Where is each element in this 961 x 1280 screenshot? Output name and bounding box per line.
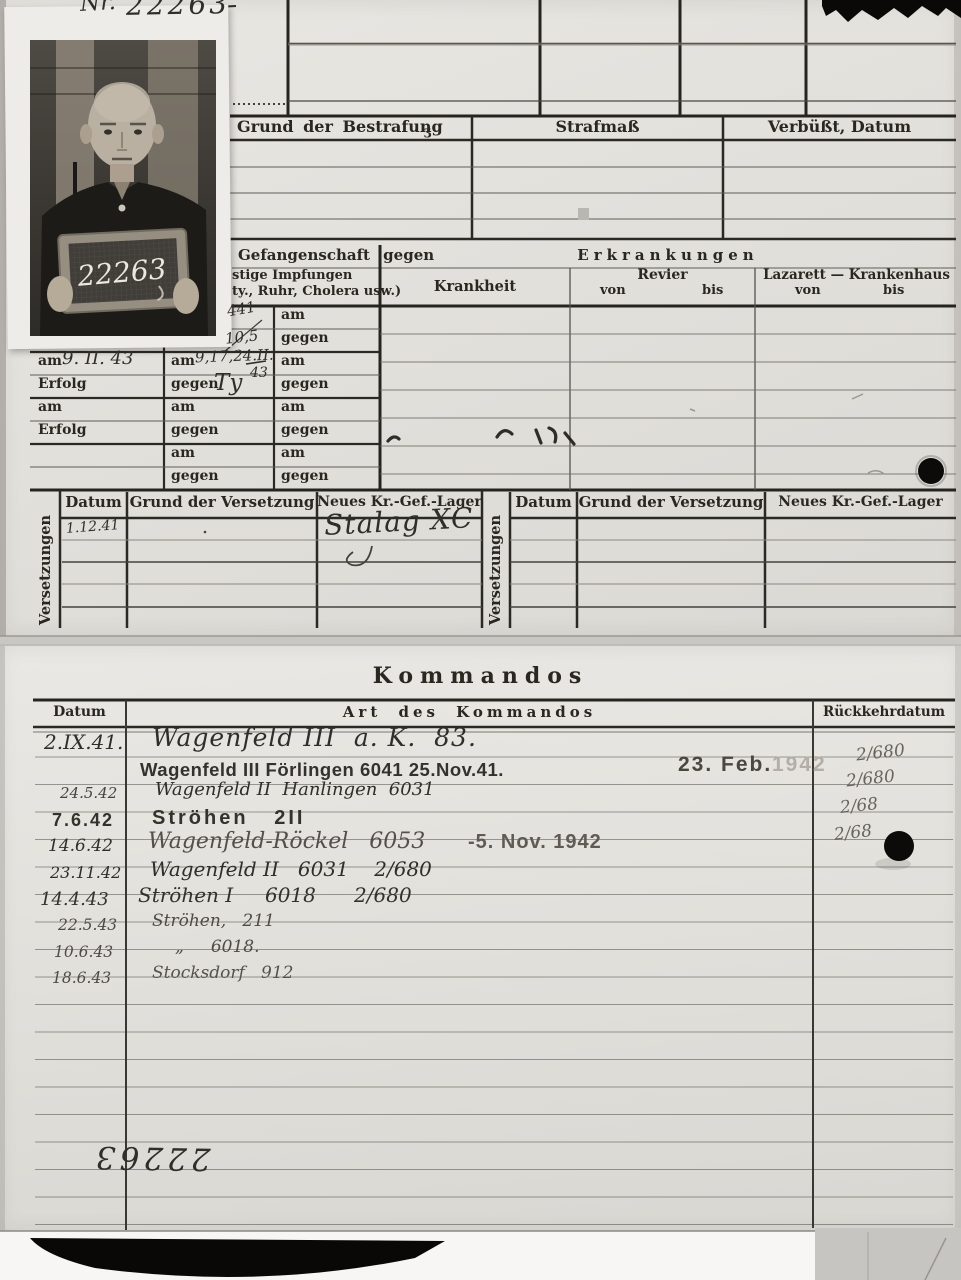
- kommando-date: 18.6.43: [52, 970, 111, 987]
- kommando-entry-stamped: Ströhen 2II: [152, 807, 305, 829]
- transfers-reason-header: Grund der Versetzung: [577, 494, 765, 511]
- kommando-entry-stamped: Wagenfeld III Förlingen 6041 25.Nov.41.: [140, 760, 504, 781]
- kommandos-art-header: Art des Kommandos: [126, 704, 813, 721]
- lazarett-von: von: [795, 284, 821, 299]
- return-date-stamp: -5. Nov. 1942: [468, 831, 602, 853]
- krankheit-header: Krankheit: [382, 279, 568, 295]
- kommando-entry: „ 6018.: [175, 938, 260, 957]
- gegen-label: gegen: [281, 423, 329, 439]
- hand: [47, 276, 73, 312]
- am-label: am: [171, 354, 195, 370]
- kommando-return: 2/68: [839, 795, 879, 818]
- revier-header: Revier: [572, 268, 753, 284]
- footnote-mark: ʒ: [424, 125, 431, 138]
- kommandos-title: Kommandos: [0, 664, 961, 689]
- slate: 22263: [58, 229, 190, 314]
- kommando-entry: Wagenfeld III a. K. 83.: [152, 724, 477, 752]
- return-date-stamp: 23. Feb.: [678, 753, 772, 777]
- erfolg-label: Erfolg: [38, 377, 87, 393]
- torn-corner: [822, 0, 961, 22]
- vaccination-dates-entry: 9,17,24.II.: [195, 347, 274, 367]
- am-label: am: [171, 400, 195, 416]
- vaccination-fragment: 10,5: [224, 327, 259, 347]
- revier-von: von: [600, 284, 626, 299]
- hole-punch-bottom: [884, 831, 914, 861]
- kommando-date: 14.4.43: [40, 890, 109, 910]
- return-date-stamp-year: 1942: [772, 753, 827, 777]
- page-curl: [30, 1238, 445, 1277]
- nr-label: Nr.: [79, 0, 116, 18]
- stain: [578, 208, 589, 220]
- button: [119, 205, 126, 212]
- kommando-date: 22.5.43: [58, 917, 117, 934]
- am-label: am: [281, 354, 305, 370]
- gegen-label: gegen: [171, 423, 219, 439]
- transfers-side-label-right: Versetzungen: [488, 500, 504, 640]
- am-label: am: [281, 308, 305, 324]
- kommandos-datum-header: Datum: [33, 705, 126, 721]
- kommando-return: 2/68: [833, 822, 873, 845]
- right-scan-edge: [954, 0, 961, 636]
- hand: [173, 278, 199, 314]
- card-number-top: 22263: [126, 0, 231, 21]
- transfers-side-label-left: Versetzungen: [38, 500, 54, 640]
- kommando-date: 10.6.43: [54, 944, 113, 961]
- vaccines-line1: stige Impfungen: [232, 269, 352, 284]
- transfers-datum-header: Datum: [510, 494, 577, 511]
- am-label: am: [281, 400, 305, 416]
- hole-punch-top: [918, 458, 944, 484]
- kommando-date: 14.6.42: [48, 837, 113, 856]
- kommando-entry: Ströhen, 211: [152, 912, 275, 931]
- erfolg-label: Erfolg: [38, 423, 87, 439]
- kommando-entry: Wagenfeld II 6031 2/680: [150, 858, 432, 880]
- lazarett-header: Lazarett — Krankenhaus: [757, 268, 956, 283]
- ink-scribbles: [388, 428, 574, 444]
- am-label: am: [281, 446, 305, 462]
- gegen-label: gegen: [171, 469, 219, 485]
- scanned-pow-card: 22263 Nr. 22263 Grund der Bestrafung ʒ S…: [0, 0, 961, 1280]
- vaccination-year-entry: 43: [250, 366, 268, 382]
- vaccination-against-entry: Ty: [214, 371, 242, 397]
- gegen-label: gegen: [171, 377, 219, 393]
- eye: [134, 129, 142, 134]
- kommando-date-stamped: 7.6.42: [52, 810, 114, 830]
- underlying-paper: [815, 1228, 961, 1280]
- punishment-measure-header: Strafmaß: [472, 118, 723, 136]
- kommando-date: 24.5.42: [60, 785, 117, 802]
- illness-header: Erkrankungen: [380, 247, 956, 264]
- gegen-label: gegen: [281, 377, 329, 393]
- faint-pencil-marks: [690, 394, 884, 474]
- prisoner-photo: 22263: [30, 40, 216, 336]
- vaccines-line2: ty., Ruhr, Cholera usw.): [232, 285, 401, 300]
- punishment-reason-header: Grund der Bestrafung: [237, 118, 443, 136]
- transfers-newcamp-header: Neues Kr.-Gef.-Lager: [765, 495, 956, 511]
- card-number-bottom: 22263: [92, 1139, 211, 1176]
- kommando-entry: Wagenfeld-Röckel 6053: [148, 830, 425, 855]
- eye: [104, 129, 112, 134]
- transfers-datum-header: Datum: [60, 494, 127, 511]
- vaccination-date-entry: 9. II. 43: [62, 349, 133, 369]
- kommandos-return-header: Rückkehrdatum: [813, 705, 955, 720]
- kommando-entry: Ströhen I 6018 2/680: [138, 884, 412, 906]
- gegen-label: gegen: [281, 331, 329, 347]
- kommando-entry: Wagenfeld II Hanlingen 6031: [155, 780, 435, 800]
- revier-bis: bis: [702, 284, 723, 299]
- gegen-label: gegen: [281, 469, 329, 485]
- am-label: am: [38, 400, 62, 416]
- lazarett-bis: bis: [883, 284, 904, 299]
- transfers-reason-header: Grund der Versetzung: [127, 494, 317, 511]
- kommando-date: 23.11.42: [50, 864, 121, 882]
- am-label: am: [38, 354, 62, 370]
- neck: [110, 164, 134, 182]
- punishment-served-header: Verbüßt, Datum: [723, 118, 956, 136]
- am-label: am: [171, 446, 195, 462]
- kommando-entry: Stocksdorf 912: [152, 964, 293, 983]
- kommando-date: 2.IX.41.: [44, 731, 123, 753]
